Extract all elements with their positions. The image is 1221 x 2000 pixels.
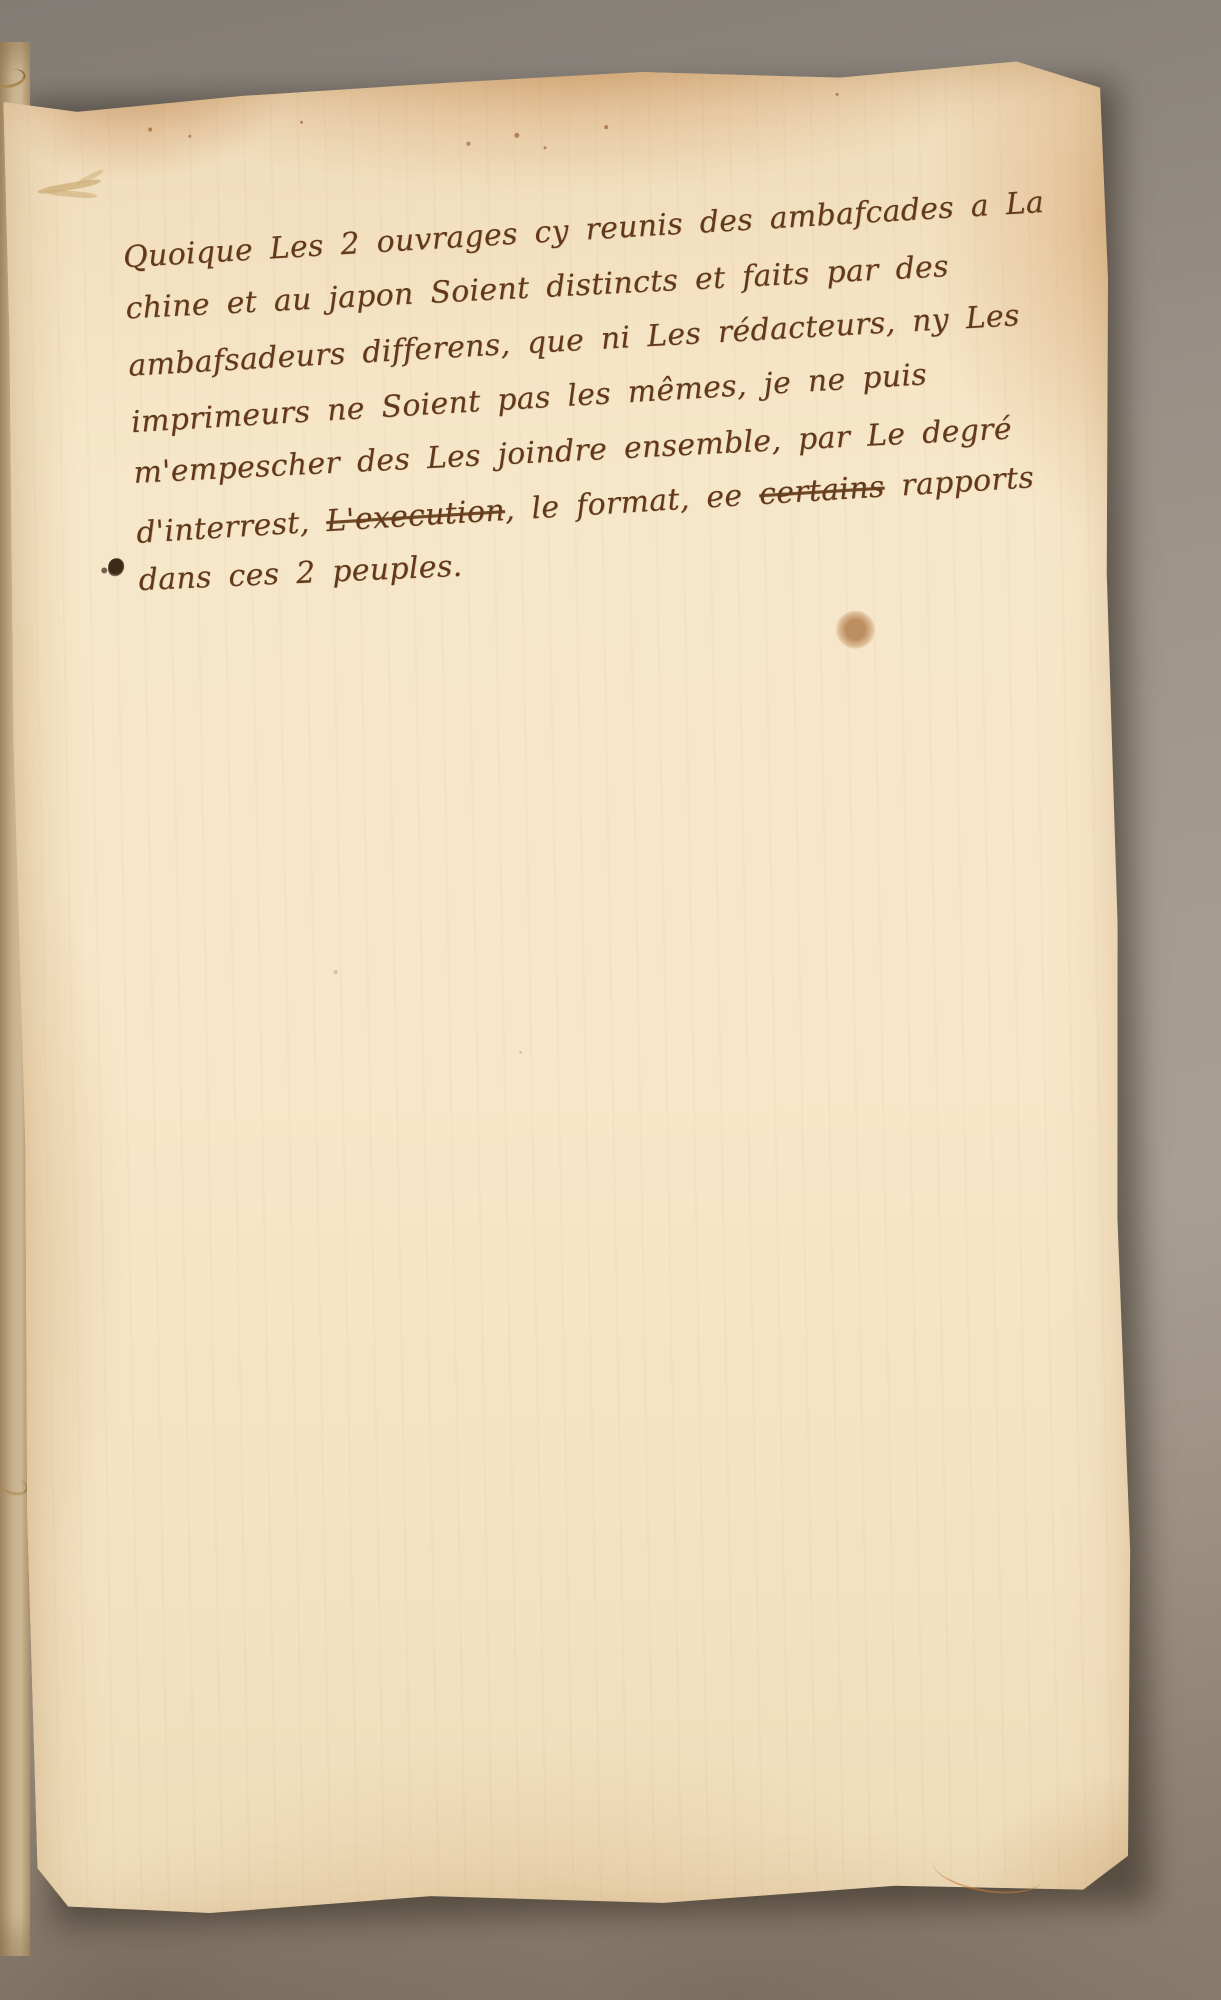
- foxing-speck: [148, 127, 152, 131]
- foxing-speck: [300, 121, 303, 124]
- foxing-speck: [466, 142, 470, 146]
- foxing-speck: [544, 146, 547, 149]
- handwriting-segment: rapports: [883, 460, 1035, 504]
- binding-thread: [0, 66, 28, 91]
- foxing-speck: [604, 125, 608, 129]
- binding-thread: [0, 1475, 29, 1497]
- manuscript-page: Quoique Les 2 ouvrages cy reunis des amb…: [0, 58, 1139, 1920]
- handwritten-note: Quoique Les 2 ouvrages cy reunis des amb…: [122, 194, 1019, 621]
- brown-stain: [835, 610, 876, 649]
- photograph-backdrop: Quoique Les 2 ouvrages cy reunis des amb…: [0, 0, 1221, 2000]
- foxing-speck: [334, 970, 338, 974]
- handwriting-segment: d'interrest,: [135, 504, 327, 551]
- foxing-speck: [188, 135, 191, 138]
- handwriting-segment-struck: certains: [758, 469, 885, 512]
- foxing-speck: [519, 1051, 522, 1054]
- ink-blot: [108, 558, 124, 576]
- pencil-mark: [35, 172, 110, 203]
- handwriting-segment-struck: L'execution: [325, 493, 506, 539]
- handwriting-segment: , le format, ee: [504, 477, 760, 528]
- foxing-speck: [836, 93, 839, 96]
- foxing-speck: [514, 133, 519, 138]
